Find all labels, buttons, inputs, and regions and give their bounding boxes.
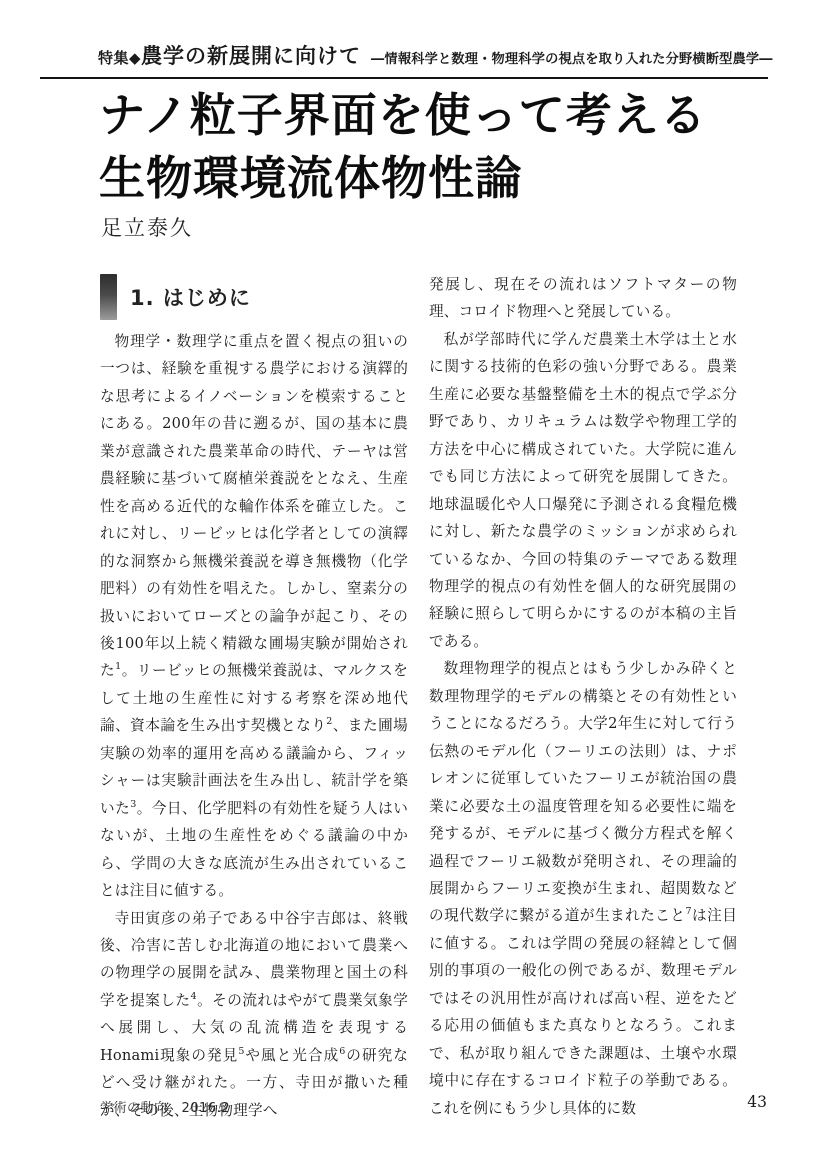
article-title: ナノ粒子界面を使って考える 生物環境流体物性論 (99, 84, 707, 210)
feature-title: 農学の新展開に向けて (141, 40, 361, 70)
section-heading: 1. はじめに (100, 274, 251, 320)
footnote-ref: 6 (339, 1046, 345, 1057)
footnote-ref: 5 (238, 1046, 244, 1057)
paragraph: 数理物理学的視点とはもう少しかみ砕くと数理物理学的モデルの構築とその有効性という… (429, 655, 737, 1122)
page-number: 43 (747, 1093, 767, 1111)
footnote-ref: 2 (326, 716, 332, 727)
page: 特集◆農学の新展開に向けて ―情報科学と数理・物理科学の視点を取り入れた分野横断… (0, 0, 827, 1170)
footnote-ref: 4 (191, 991, 197, 1002)
footer: 学術の動向2016.2 (100, 1097, 230, 1116)
column-left: 物理学・数理学に重点を置く視点の狙いの一つは、経験を重視する農学における演繹的な… (100, 328, 408, 1124)
feature-label: 特集◆ (98, 47, 141, 68)
paragraph: 寺田寅彦の弟子である中谷宇吉郎は、終戦後、冷害に苦しむ北海道の地において農業への… (100, 905, 408, 1125)
column-right: 発展し、現在その流れはソフトマターの物理、コロイド物理へと発展している。私が学部… (429, 271, 737, 1122)
header-rule (40, 77, 768, 79)
paragraph: 私が学部時代に学んだ農業土木学は土と水に関する技術的色彩の強い分野である。農業生… (429, 326, 737, 655)
header-subtitle: ―情報科学と数理・物理科学の視点を取り入れた分野横断型農学― (371, 48, 773, 67)
title-line-1: ナノ粒子界面を使って考える (99, 88, 707, 142)
section-marker-bar-icon (100, 274, 117, 320)
footnote-ref: 7 (685, 907, 691, 918)
paragraph: 物理学・数理学に重点を置く視点の狙いの一つは、経験を重視する農学における演繹的な… (100, 328, 408, 905)
footnote-ref: 1 (115, 662, 121, 673)
author-name: 足立泰久 (101, 212, 193, 242)
paragraph: 発展し、現在その流れはソフトマターの物理、コロイド物理へと発展している。 (429, 271, 737, 326)
issue-date: 2016.2 (182, 1101, 231, 1116)
footnote-ref: 3 (130, 799, 136, 810)
header: 特集◆農学の新展開に向けて ―情報科学と数理・物理科学の視点を取り入れた分野横断… (98, 40, 768, 70)
title-line-2: 生物環境流体物性論 (99, 151, 522, 205)
section-heading-text: 1. はじめに (130, 282, 251, 312)
journal-name: 学術の動向 (100, 1101, 168, 1116)
